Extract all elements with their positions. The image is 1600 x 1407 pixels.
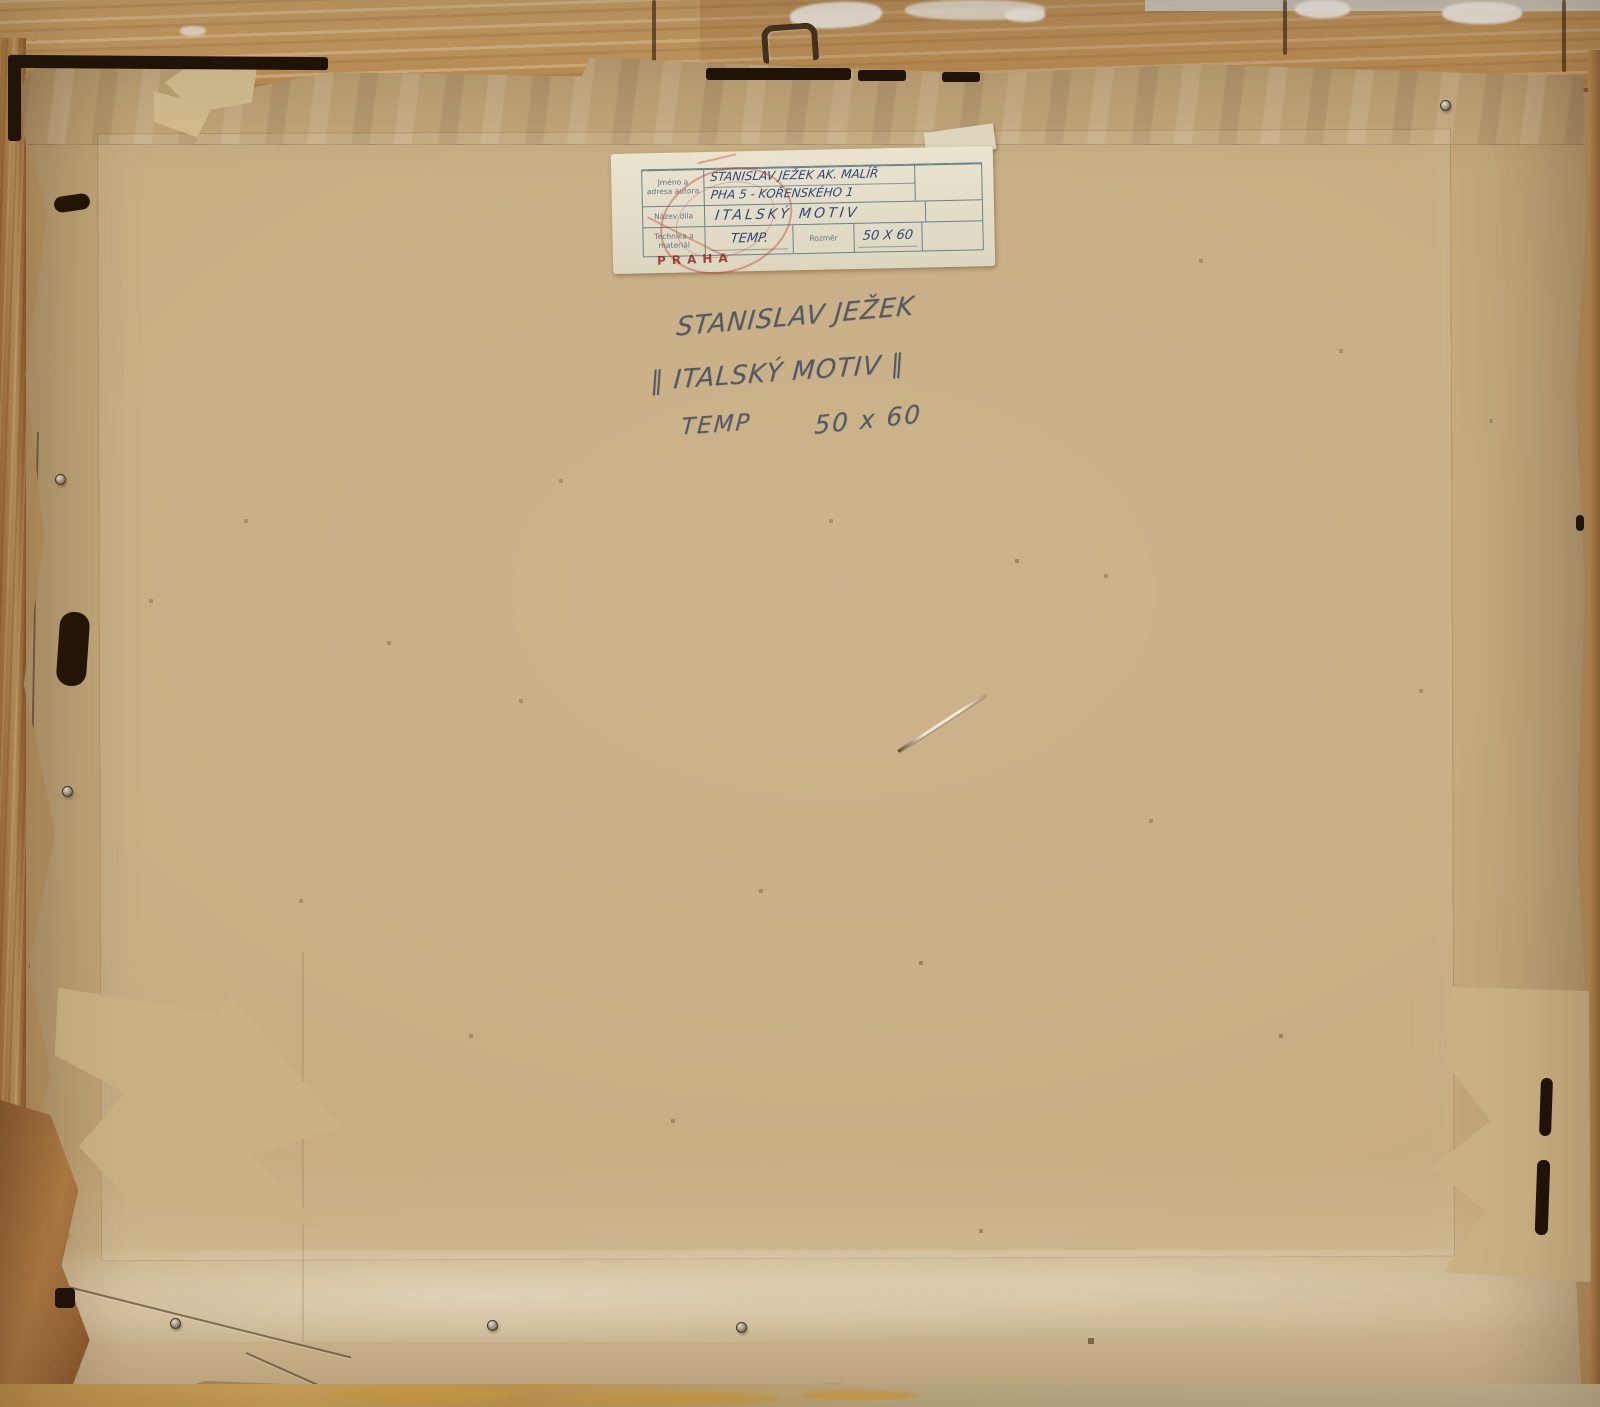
hole-slit-right-lower — [1535, 1160, 1551, 1235]
wood-plank-gap — [652, 0, 656, 62]
hole-left-middle — [55, 611, 90, 687]
hole-slit-left-vertical — [8, 56, 21, 141]
paint-splotch — [1295, 0, 1350, 18]
wood-plank-gap — [1562, 0, 1566, 72]
paper-fold-highlight-bottom — [16, 1250, 1588, 1342]
nail-head — [62, 786, 73, 797]
wood-streak — [800, 1390, 920, 1400]
wood-streak — [330, 1388, 510, 1402]
nail-head — [487, 1320, 498, 1331]
hole-slit-top-center — [942, 72, 980, 82]
paper-crack-left — [27, 432, 39, 992]
framed-painting-back-photo: Jméno a adresa autora STANISLAV JEŽEK AK… — [0, 0, 1600, 1407]
hole-slit-top-left — [8, 55, 328, 70]
paper-crease-vertical — [302, 952, 304, 1342]
hanging-ring-icon — [761, 22, 820, 64]
hole-slit-top-center — [706, 68, 851, 80]
nail-head — [1440, 100, 1451, 111]
nail-head — [55, 474, 66, 485]
background-pale-strip — [1145, 0, 1600, 11]
nail-head — [170, 1318, 181, 1329]
size-field-label: Rozměr — [793, 224, 855, 254]
label-empty-cell — [926, 200, 998, 221]
size-field-value: 50 X 60 — [854, 222, 923, 252]
label-empty-cell — [915, 163, 988, 201]
hole-slit-right-lower — [1539, 1078, 1553, 1136]
wood-plank-gap — [1283, 0, 1287, 55]
hole-slit-right-small — [1576, 515, 1584, 531]
paint-splotch — [180, 26, 206, 36]
nail-head — [736, 1322, 747, 1333]
size-handwriting: 50 X 60 — [862, 229, 914, 245]
label-empty-cell — [922, 221, 995, 251]
paint-splotch — [1442, 2, 1522, 24]
pencil-inscription-technique: TEMP — [680, 409, 752, 440]
surface-speckles — [0, 0, 2, 2]
praha-stamp-text: PRAHA — [657, 251, 734, 268]
wood-streak — [560, 1392, 780, 1404]
gallery-label: Jméno a adresa autora STANISLAV JEŽEK AK… — [611, 146, 995, 274]
paint-splotch — [1005, 8, 1045, 22]
hole-slit-top-center — [858, 70, 906, 81]
hole-slit-bottom-left — [55, 1288, 75, 1308]
red-stamp-stroke — [697, 153, 736, 164]
